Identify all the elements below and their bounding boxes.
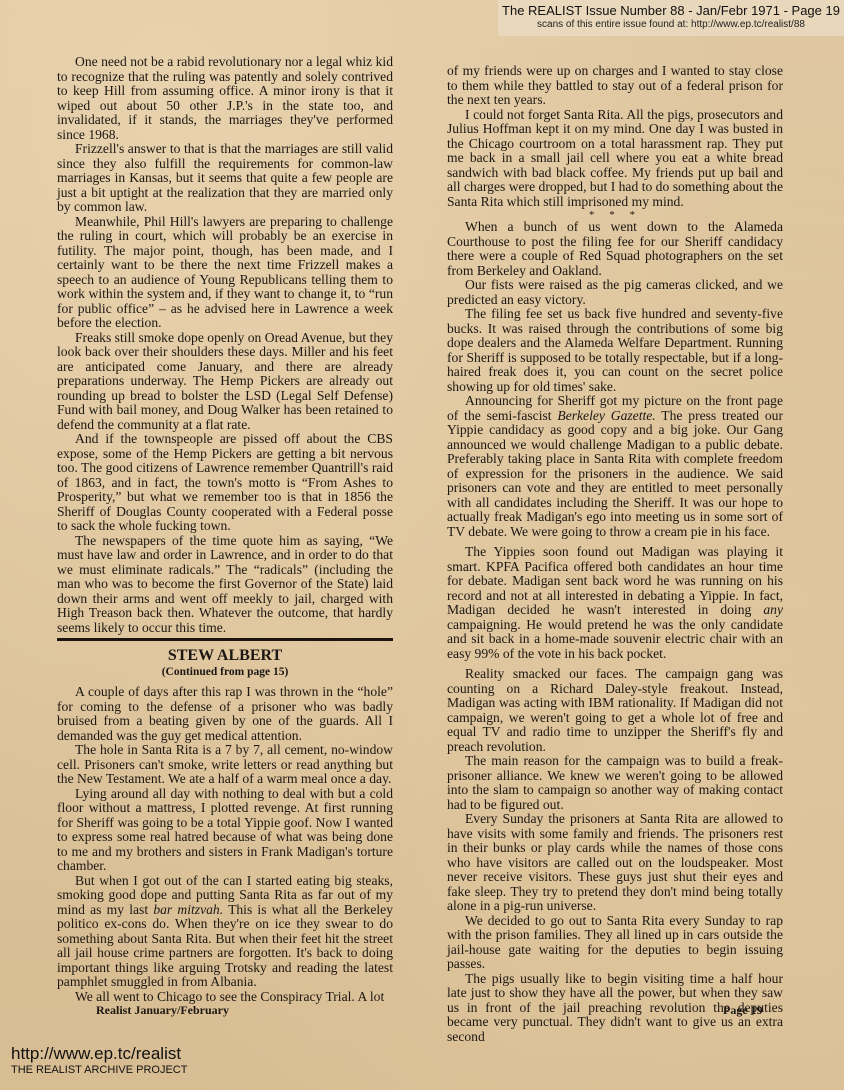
- paragraph: The newspapers of the time quote him as …: [57, 534, 393, 636]
- paragraph: Lying around all day with nothing to dea…: [57, 787, 393, 874]
- paragraph: Meanwhile, Phil Hill's lawyers are prepa…: [57, 215, 393, 331]
- italic-text: Berkeley Gazette.: [557, 408, 655, 423]
- paragraph: We all went to Chicago to see the Conspi…: [57, 990, 393, 1005]
- paragraph: But when I got out of the can I started …: [57, 874, 393, 990]
- italic-text: bar mitzvah.: [153, 902, 223, 917]
- archive-url: http://www.ep.tc/realist: [11, 1044, 187, 1064]
- paragraph: Every Sunday the prisoners at Santa Rita…: [447, 812, 783, 914]
- italic-text: any: [763, 602, 783, 617]
- paragraph: One need not be a rabid revolutionary no…: [57, 55, 393, 142]
- archive-name: THE REALIST ARCHIVE PROJECT: [11, 1064, 187, 1077]
- paragraph: of my friends were up on charges and I w…: [447, 64, 783, 108]
- paragraph: When a bunch of us went down to the Alam…: [447, 220, 783, 278]
- paragraph: Reality smacked our faces. The campaign …: [447, 667, 783, 754]
- paragraph: The main reason for the campaign was to …: [447, 754, 783, 812]
- paragraph: Frizzell's answer to that is that the ma…: [57, 142, 393, 215]
- paragraph: Our fists were raised as the pig cameras…: [447, 278, 783, 307]
- archive-watermark: http://www.ep.tc/realist THE REALIST ARC…: [11, 1044, 187, 1077]
- text-run: The Yippies soon found out Madigan was p…: [447, 544, 783, 617]
- paragraph: The filing fee set us back five hundred …: [447, 307, 783, 394]
- paragraph: Freaks still smoke dope openly on Oread …: [57, 331, 393, 433]
- paragraph: And if the townspeople are pissed off ab…: [57, 432, 393, 534]
- left-column: One need not be a rabid revolutionary no…: [57, 48, 393, 1004]
- section-subtitle: (Continued from page 15): [57, 665, 393, 679]
- footer-page-number: Page 19: [723, 1003, 763, 1018]
- section-divider: [57, 638, 393, 641]
- paragraph: A couple of days after this rap I was th…: [57, 685, 393, 743]
- footer-publication: Realist January/February: [96, 1003, 229, 1018]
- text-run: The press treated our Yippie candidacy a…: [447, 408, 783, 539]
- archive-banner: The REALIST Issue Number 88 - Jan/Febr 1…: [498, 0, 844, 36]
- paragraph: Announcing for Sheriff got my picture on…: [447, 394, 783, 539]
- paragraph: We decided to go out to Santa Rita every…: [447, 914, 783, 972]
- section-title: STEW ALBERT: [57, 647, 393, 665]
- right-column: of my friends were up on charges and I w…: [447, 64, 783, 1044]
- paragraph: I could not forget Santa Rita. All the p…: [447, 108, 783, 210]
- paragraph: The hole in Santa Rita is a 7 by 7, all …: [57, 743, 393, 787]
- text-run: campaigning. He would pretend he was the…: [447, 617, 783, 661]
- banner-title: The REALIST Issue Number 88 - Jan/Febr 1…: [498, 3, 844, 18]
- paragraph: The Yippies soon found out Madigan was p…: [447, 545, 783, 661]
- banner-subtitle: scans of this entire issue found at: htt…: [498, 18, 844, 31]
